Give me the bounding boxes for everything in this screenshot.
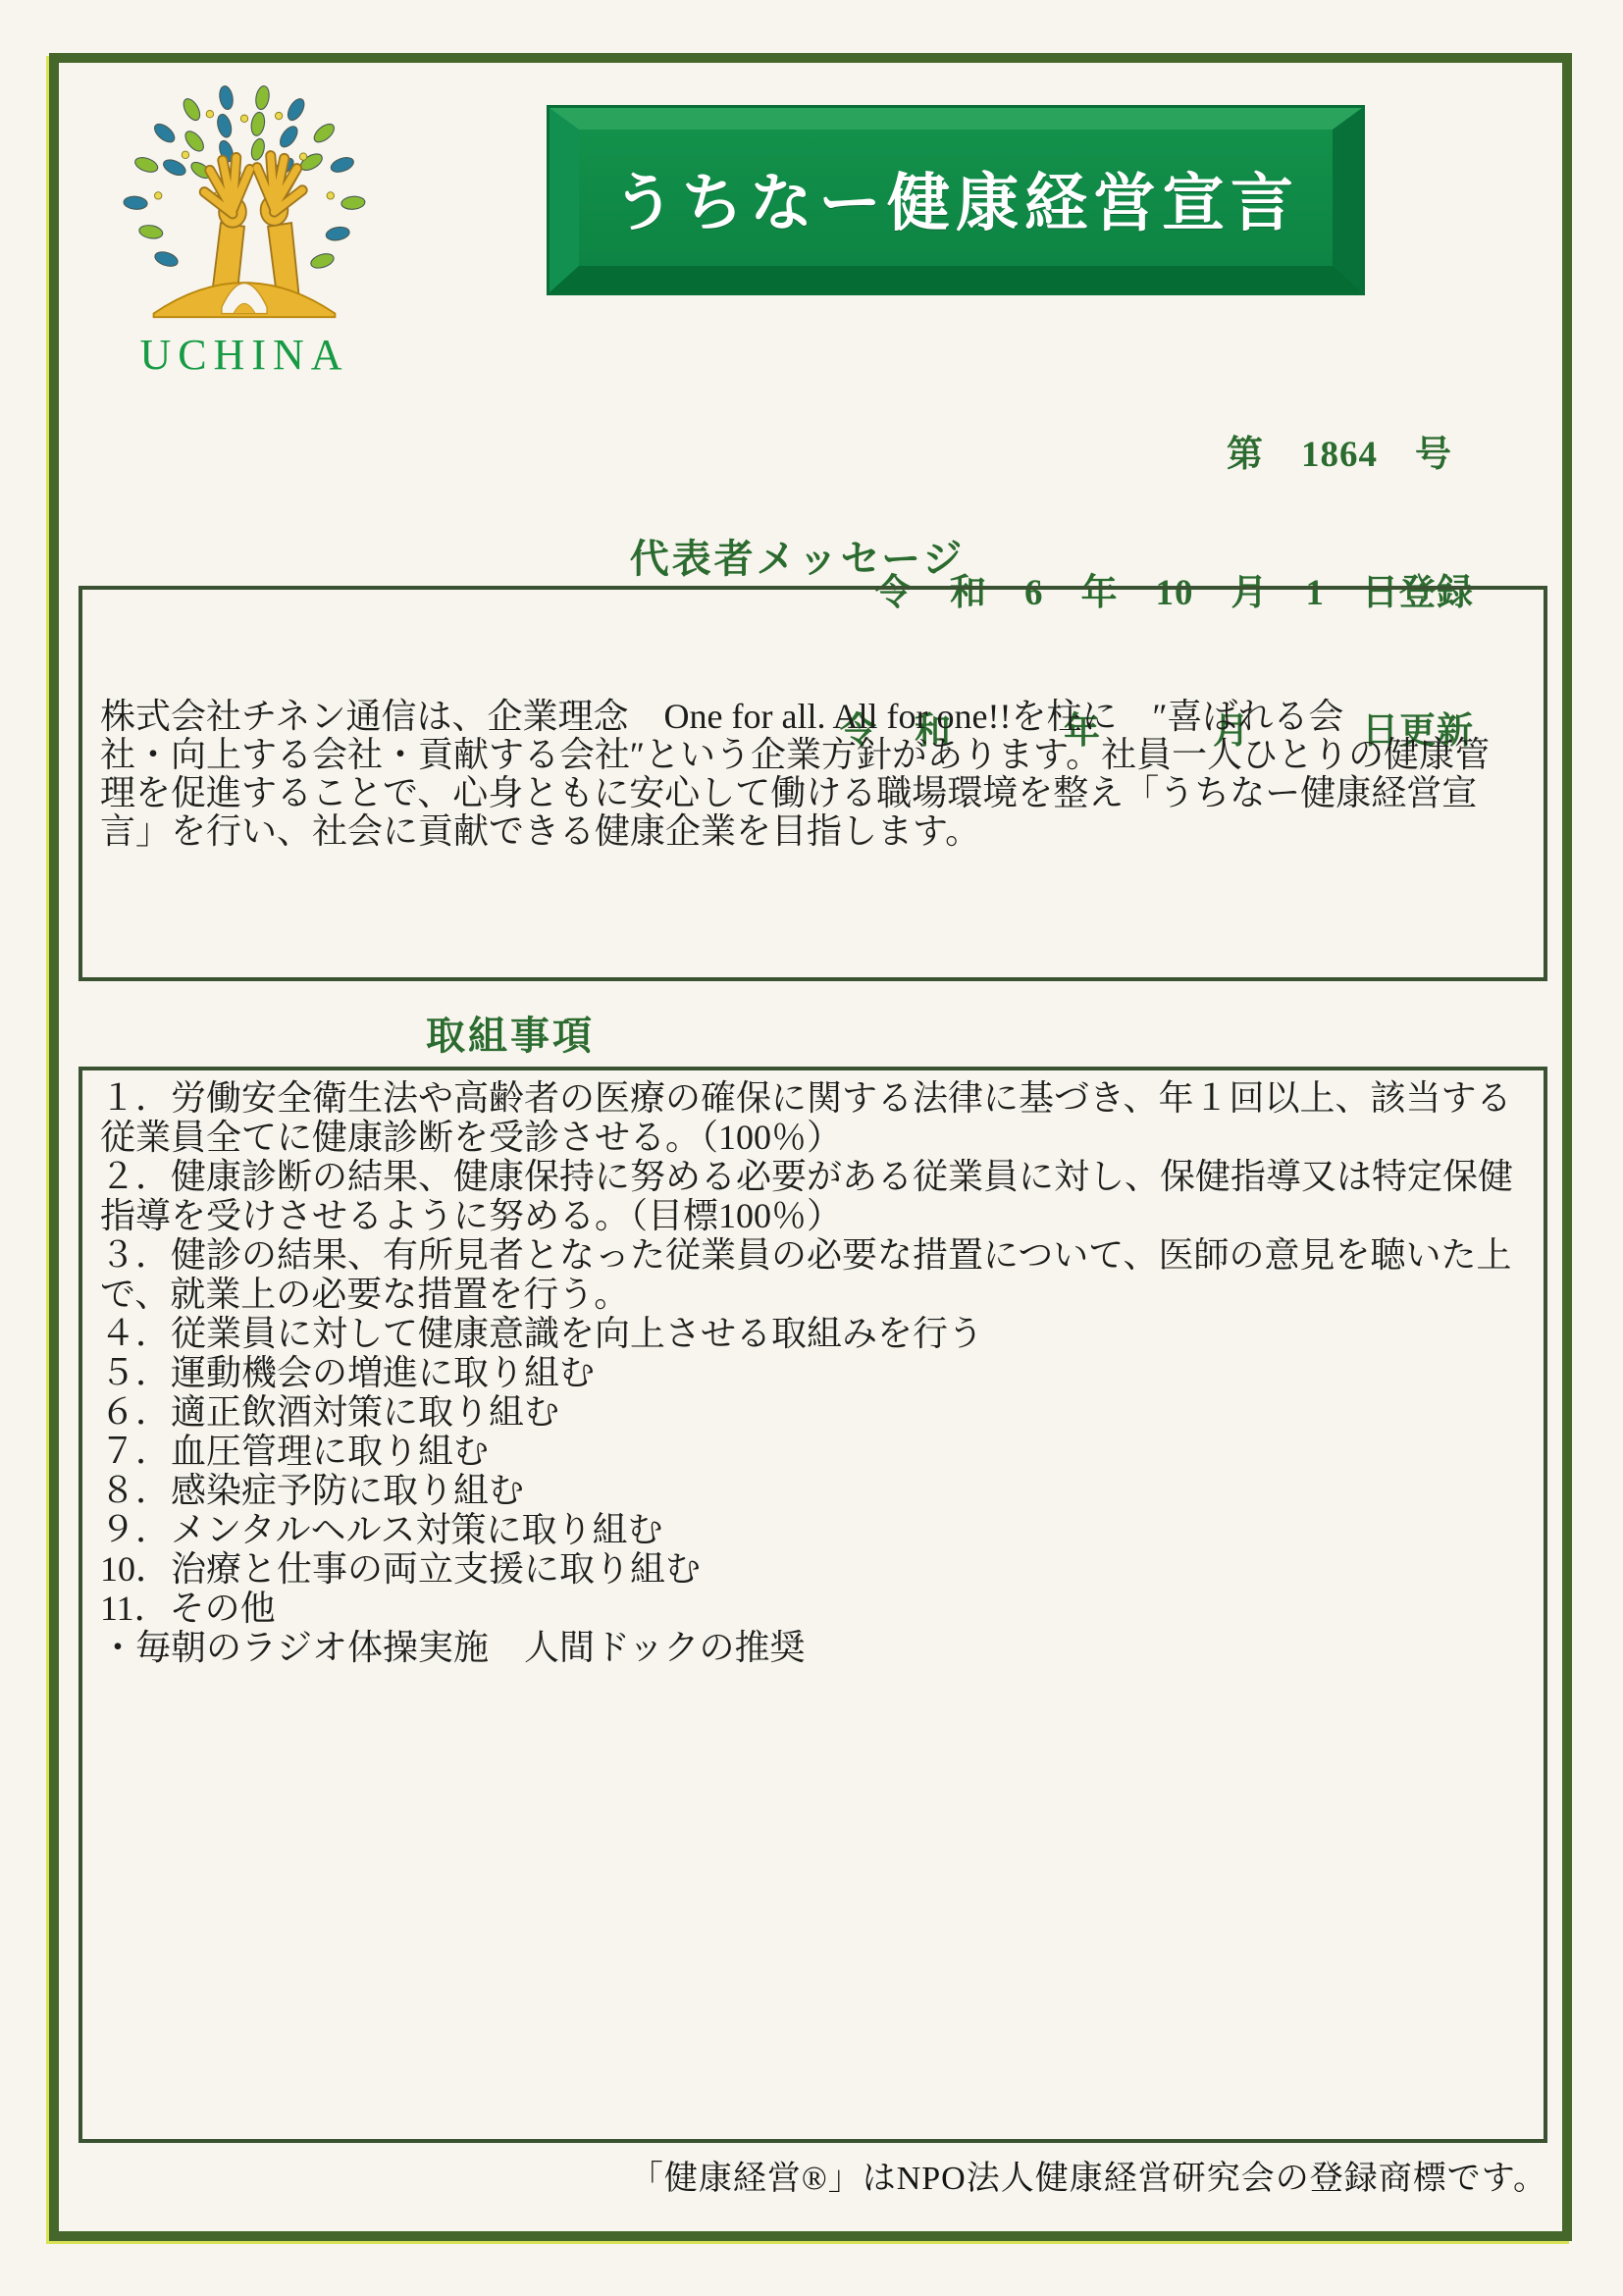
initiative-item: ８．感染症予防に取り組む [100,1471,1526,1510]
initiatives-box: １．労働安全衛生法や高齢者の医療の確保に関する法律に基づき、年１回以上、該当する… [79,1067,1547,2143]
declaration-title: うちなー健康経営宣言 [612,153,1299,243]
trademark-note: 「健康経営®」はNPO法人健康経営研究会の登録商標です。 [630,2151,1547,2199]
initiative-item: ６．適正飲酒対策に取り組む [100,1392,1526,1432]
uchina-tree-hands-icon [101,69,388,332]
initiative-item: ３．健診の結果、有所見者となった従業員の必要な措置について、医師の意見を聴いた上… [100,1235,1526,1314]
initiative-item: ５．運動機会の増進に取り組む [100,1353,1526,1392]
initiative-item: ７．血圧管理に取り組む [100,1432,1526,1471]
registration-number: 第 1864 号 [840,432,1452,478]
message-text: 株式会社チネン通信は、企業理念 One for all. All for one… [100,698,1526,851]
title-banner: うちなー健康経営宣言 [547,105,1365,295]
initiative-item: 10．治療と仕事の両立支援に取り組む [100,1549,1526,1589]
declaration-document: UCHINA うちなー健康経営宣言 第 1864 号 令 和 6 年 10 月 … [0,0,1623,2296]
title-banner-face: うちなー健康経営宣言 [550,108,1362,292]
message-box: 株式会社チネン通信は、企業理念 One for all. All for one… [79,586,1547,981]
initiative-item: １．労働安全衛生法や高齢者の医療の確保に関する法律に基づき、年１回以上、該当する… [100,1078,1526,1157]
uchina-wordmark: UCHINA [101,330,388,380]
initiative-item: ・毎朝のラジオ体操実施 人間ドックの推奨 [100,1628,1526,1667]
initiative-item: ４．従業員に対して健康意識を向上させる取組みを行う [100,1314,1526,1353]
initiative-item: ２．健康診断の結果、健康保持に努める必要がある従業員に対し、保健指導又は特定保健… [100,1157,1526,1235]
initiatives-section-heading: 取組事項 [0,1005,1021,1061]
message-section-heading: 代表者メッセージ [0,528,1595,584]
initiative-item: ９．メンタルヘルス対策に取り組む [100,1510,1526,1549]
initiative-item: 11．その他 [100,1589,1526,1628]
